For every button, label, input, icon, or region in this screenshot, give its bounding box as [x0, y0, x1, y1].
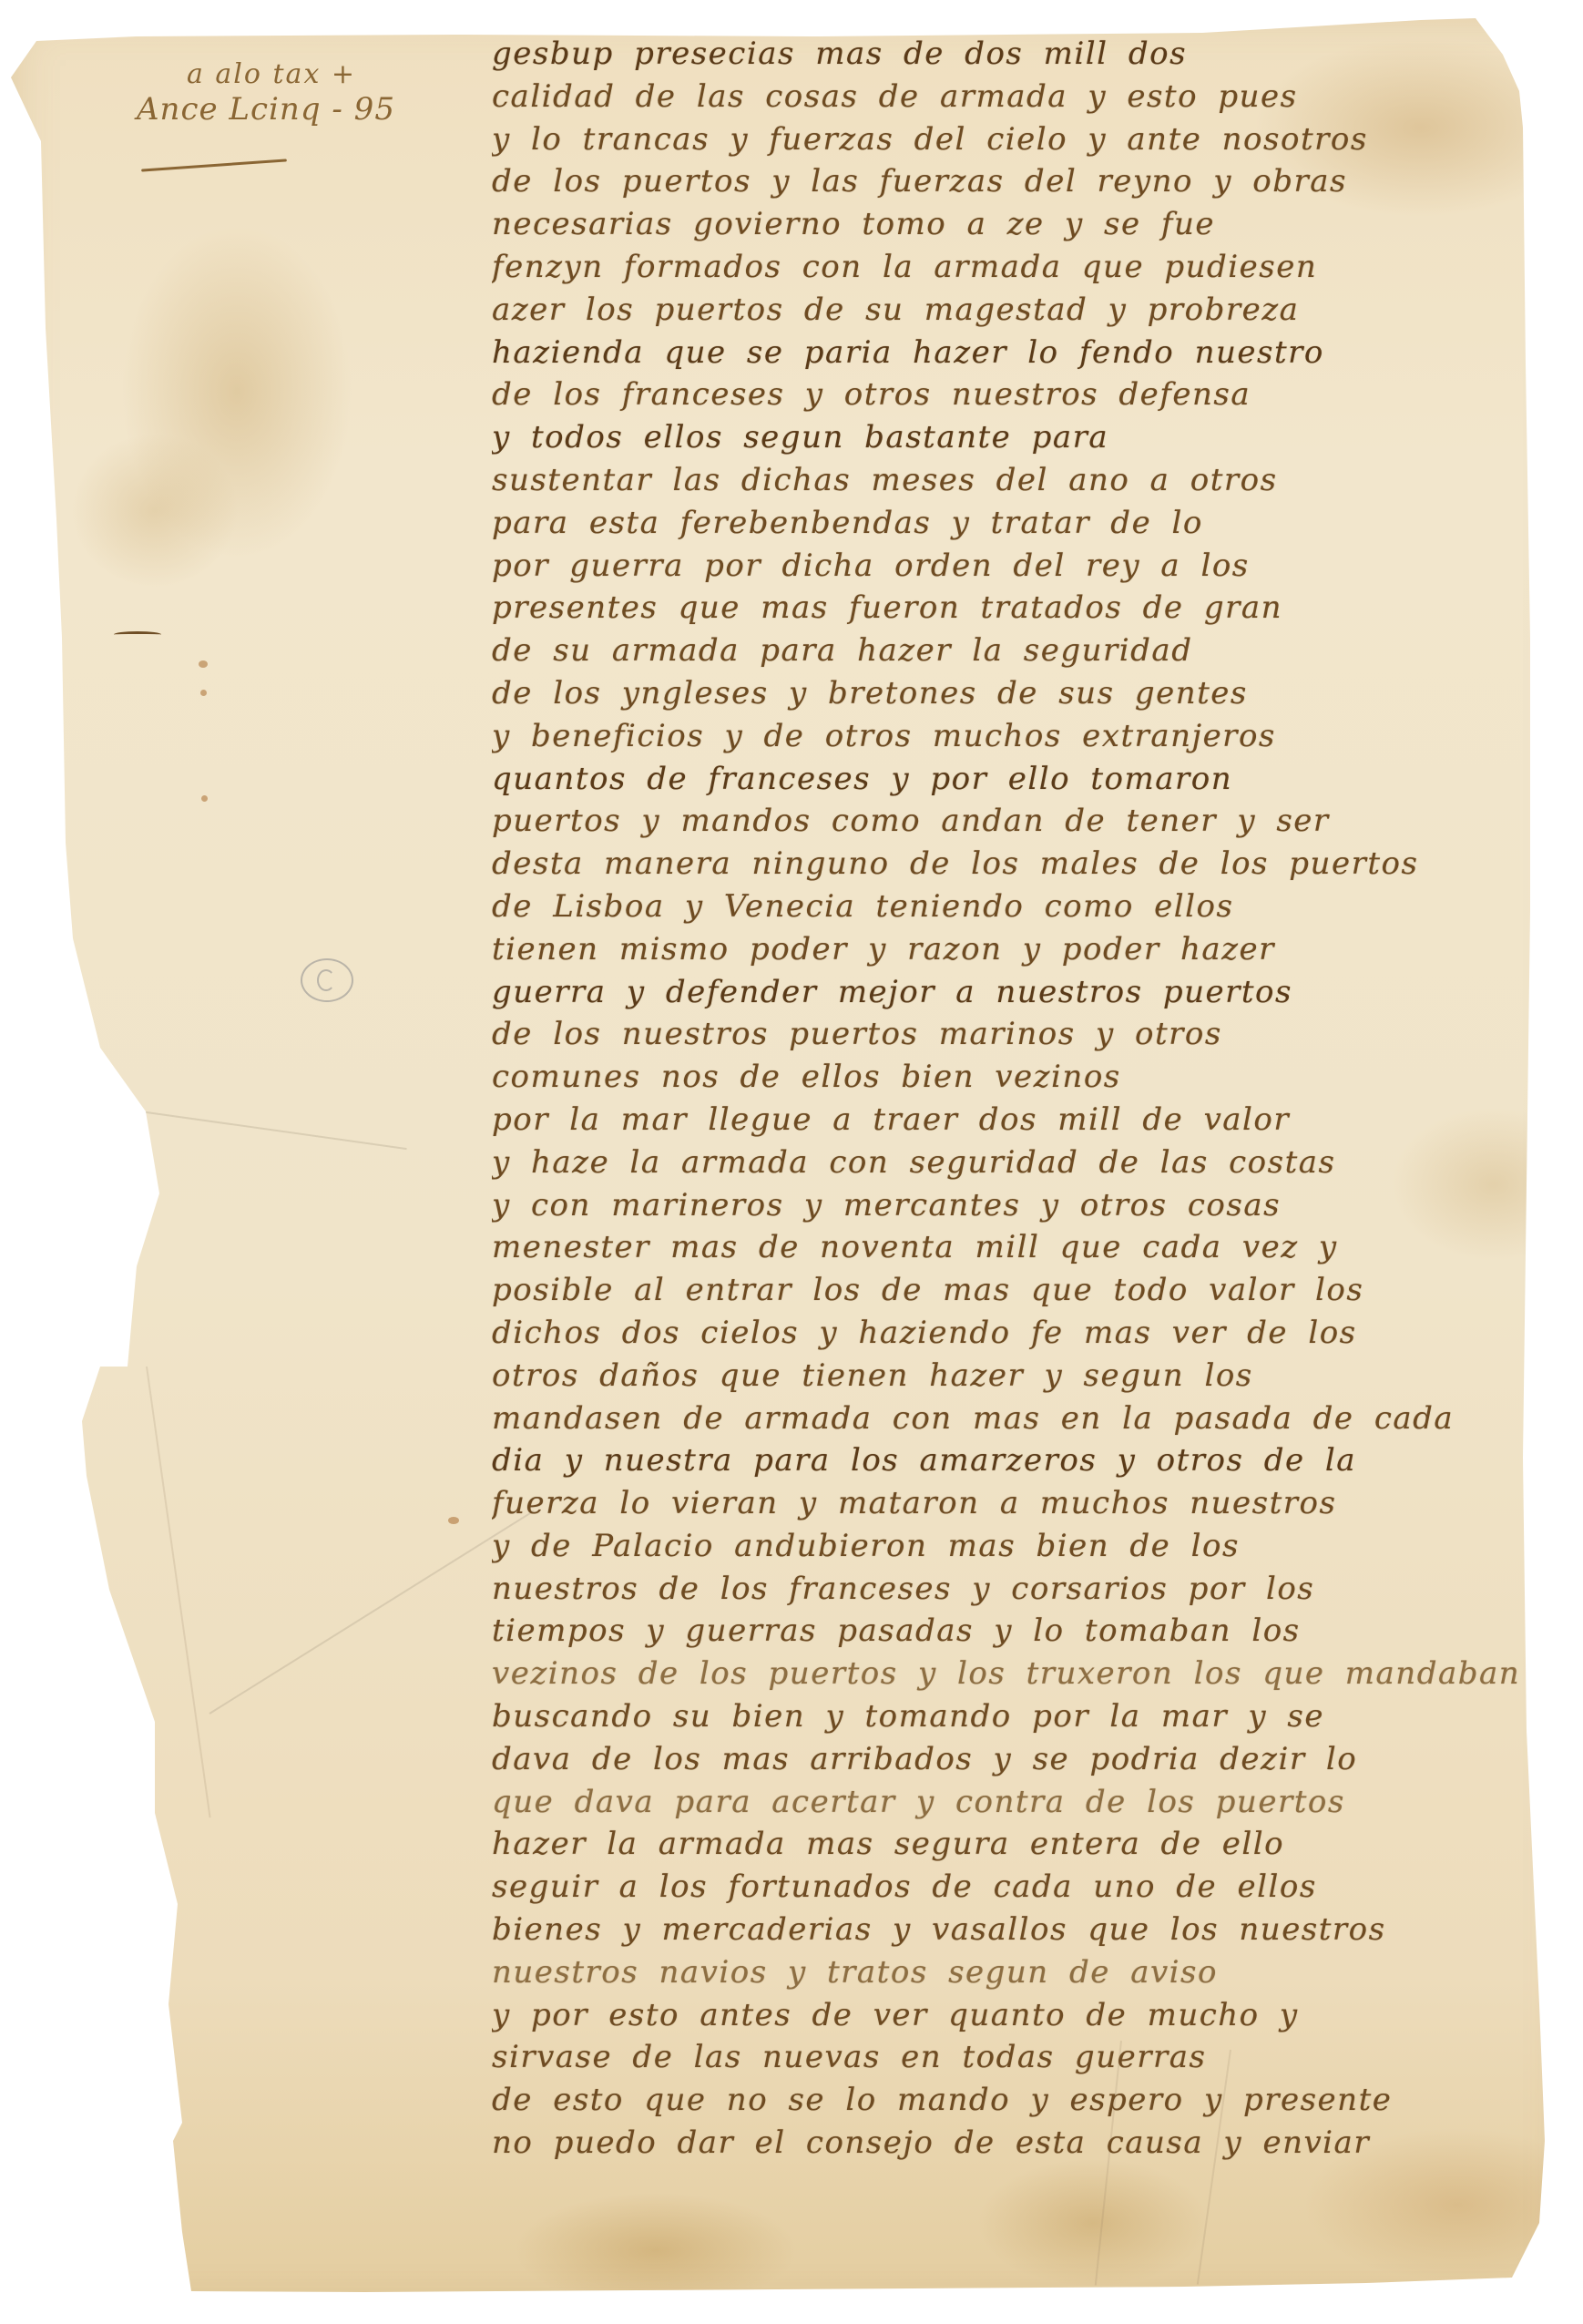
- margin-note-line-2: Ance Lcinq - 95: [137, 91, 395, 128]
- text-line: de los franceses y otros nuestros defens…: [492, 374, 1521, 416]
- text-line: y todos ellos segun bastante para: [492, 416, 1521, 459]
- text-line: hazer la armada mas segura entera de ell…: [492, 1823, 1521, 1866]
- paper-fold-line: [82, 1102, 407, 1150]
- margin-ink-mark: [114, 631, 161, 638]
- text-line: por la mar llegue a traer dos mill de va…: [492, 1099, 1521, 1142]
- text-line: nuestros navios y tratos segun de aviso: [492, 1951, 1521, 1994]
- text-line: de los puertos y las fuerzas del reyno y…: [492, 160, 1521, 203]
- text-line: y haze la armada con seguridad de las co…: [492, 1142, 1521, 1184]
- text-line: tiempos y guerras pasadas y lo tomaban l…: [492, 1610, 1521, 1653]
- text-line: por guerra por dicha orden del rey a los: [492, 545, 1521, 588]
- pencil-circle-mark: [301, 958, 353, 1002]
- text-line: y con marineros y mercantes y otros cosa…: [492, 1184, 1521, 1227]
- text-line: que dava para acertar y contra de los pu…: [492, 1781, 1521, 1824]
- text-line: bienes y mercaderias y vasallos que los …: [492, 1909, 1521, 1951]
- text-line: tienen mismo poder y razon y poder hazer: [492, 928, 1521, 971]
- text-line: de su armada para hazer la seguridad: [492, 630, 1521, 672]
- text-line: de Lisboa y Venecia teniendo como ellos: [492, 886, 1521, 928]
- text-line: vezinos de los puertos y los truxeron lo…: [492, 1653, 1521, 1695]
- text-line: hazienda que se paria hazer lo fendo nue…: [492, 332, 1521, 374]
- margin-note-underline: [141, 159, 287, 171]
- text-line: y de Palacio andubieron mas bien de los: [492, 1525, 1521, 1568]
- text-line: de los yngleses y bretones de sus gentes: [492, 672, 1521, 715]
- foxing-spot: [201, 795, 208, 802]
- text-line: sustentar las dichas meses del ano a otr…: [492, 459, 1521, 502]
- text-line: no puedo dar el consejo de esta causa y …: [492, 2122, 1521, 2165]
- text-line: guerra y defender mejor a nuestros puert…: [492, 971, 1521, 1014]
- margin-note-line-1: a alo tax +: [187, 58, 356, 90]
- text-line: seguir a los fortunados de cada uno de e…: [492, 1866, 1521, 1909]
- text-line: de esto que no se lo mando y espero y pr…: [492, 2079, 1521, 2122]
- text-line: otros daños que tienen hazer y segun los: [492, 1355, 1521, 1397]
- foxing-spot: [200, 690, 207, 696]
- text-line: fenzyn formados con la armada que pudies…: [492, 246, 1521, 289]
- text-line: azer los puertos de su magestad y probre…: [492, 289, 1521, 332]
- text-line: fuerza lo vieran y mataron a muchos nues…: [492, 1482, 1521, 1525]
- text-line: menester mas de noventa mill que cada ve…: [492, 1226, 1521, 1269]
- text-line: necesarias govierno tomo a ze y se fue: [492, 203, 1521, 246]
- text-line: desta manera ninguno de los males de los…: [492, 843, 1521, 886]
- text-line: de los nuestros puertos marinos y otros: [492, 1013, 1521, 1056]
- text-line: comunes nos de ellos bien vezinos: [492, 1056, 1521, 1099]
- text-line: mandasen de armada con mas en la pasada …: [492, 1397, 1521, 1440]
- foxing-spot: [199, 660, 208, 668]
- text-line: calidad de las cosas de armada y esto pu…: [492, 76, 1521, 118]
- text-line: quantos de franceses y por ello tomaron: [492, 758, 1521, 801]
- text-line: nuestros de los franceses y corsarios po…: [492, 1568, 1521, 1611]
- foxing-spot: [448, 1517, 459, 1524]
- text-line: dia y nuestra para los amarzeros y otros…: [492, 1439, 1521, 1482]
- text-line: y lo trancas y fuerzas del cielo y ante …: [492, 118, 1521, 161]
- paper-crease: [146, 1367, 211, 1817]
- text-line: posible al entrar los de mas que todo va…: [492, 1269, 1521, 1312]
- text-line: buscando su bien y tomando por la mar y …: [492, 1695, 1521, 1738]
- text-line: para esta ferebenbendas y tratar de lo: [492, 502, 1521, 545]
- text-line: y por esto antes de ver quanto de mucho …: [492, 1994, 1521, 2037]
- text-line: dichos dos cielos y haziendo fe mas ver …: [492, 1312, 1521, 1355]
- paper-fold-line: [209, 1510, 534, 1715]
- text-line: sirvase de las nuevas en todas guerras: [492, 2036, 1521, 2079]
- text-line: presentes que mas fueron tratados de gra…: [492, 587, 1521, 630]
- text-line: dava de los mas arribados y se podria de…: [492, 1738, 1521, 1781]
- manuscript-paper: a alo tax + Ance Lcinq - 95 gesbup prese…: [0, 0, 1583, 2324]
- text-line: puertos y mandos como andan de tener y s…: [492, 800, 1521, 843]
- text-line: y beneficios y de otros muchos extranjer…: [492, 715, 1521, 758]
- text-line: gesbup presecias mas de dos mill dos: [492, 33, 1521, 76]
- manuscript-text-body: gesbup presecias mas de dos mill dos cal…: [492, 33, 1521, 2165]
